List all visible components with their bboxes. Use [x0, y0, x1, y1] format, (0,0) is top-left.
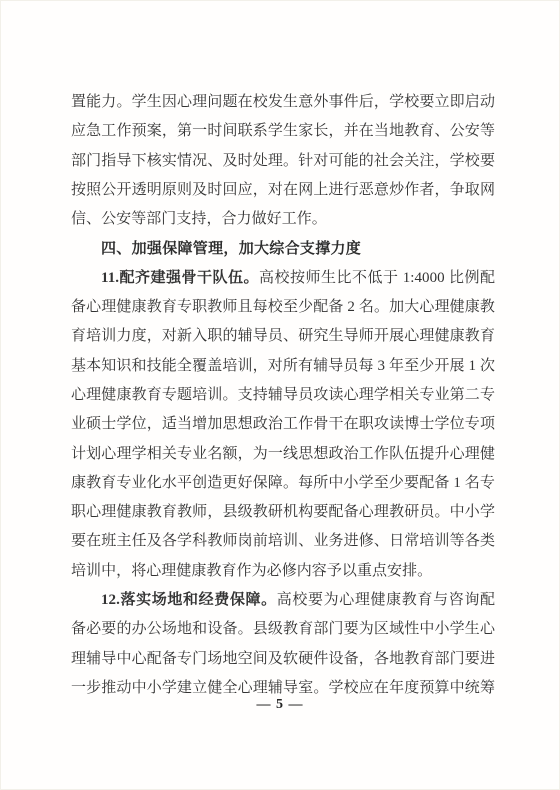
- text-line: 要在班主任及各学科教师岗前培训、业务进修、日常培训等各类: [71, 527, 495, 556]
- text-line: 育培训力度，对新入职的辅导员、研究生导师开展心理健康教育: [71, 322, 495, 351]
- text-line: 业硕士学位，适当增加思想政治工作骨干在职攻读博士学位专项: [71, 410, 495, 439]
- text-line: 部门指导下核实情况、及时处理。针对可能的社会关注，学校要: [71, 147, 495, 176]
- text-line: 备必要的办公场地和设备。县级教育部门要为区域性中小学生心: [71, 615, 495, 644]
- item-number-lead: 11.配齐建强骨干队伍。: [101, 270, 259, 286]
- document-page: 置能力。学生因心理问题在校发生意外事件后，学校要立即启动 应急工作预案，第一时间…: [0, 0, 560, 790]
- text-line: 11.配齐建强骨干队伍。高校按师生比不低于 1:4000 比例配: [71, 264, 495, 293]
- section-heading: 四、加强保障管理，加大综合支撑力度: [71, 234, 495, 263]
- line-text: 高校要为心理健康教育与咨询配: [277, 592, 495, 608]
- text-line: 理辅导中心配备专门场地空间及软硬件设备，各地教育部门要进: [71, 645, 495, 674]
- text-line: 基本知识和技能全覆盖培训，对所有辅导员每 3 年至少开展 1 次: [71, 352, 495, 381]
- text-line: 计划心理学相关专业名额，为一线思想政治工作队伍提升心理健: [71, 440, 495, 469]
- page-number: — 5 —: [1, 697, 559, 713]
- line-text: 高校按师生比不低于 1:4000 比例配: [259, 270, 495, 286]
- text-line: 康教育专业化水平创造更好保障。每所中小学至少要配备 1 名专: [71, 469, 495, 498]
- text-line: 培训中，将心理健康教育作为必修内容予以重点安排。: [71, 557, 495, 586]
- text-line: 应急工作预案，第一时间联系学生家长，并在当地教育、公安等: [71, 117, 495, 146]
- text-line: 备心理健康教育专职教师且每校至少配备 2 名。加大心理健康教: [71, 293, 495, 322]
- text-line: 置能力。学生因心理问题在校发生意外事件后，学校要立即启动: [71, 88, 495, 117]
- document-text: 置能力。学生因心理问题在校发生意外事件后，学校要立即启动 应急工作预案，第一时间…: [71, 88, 495, 703]
- text-line: 12.落实场地和经费保障。高校要为心理健康教育与咨询配: [71, 586, 495, 615]
- item-number-lead: 12.落实场地和经费保障。: [101, 592, 277, 608]
- text-line: 心理健康教育专题培训。支持辅导员攻读心理学相关专业第二专: [71, 381, 495, 410]
- text-line: 按照公开透明原则及时回应，对在网上进行恶意炒作者，争取网: [71, 176, 495, 205]
- text-line: 职心理健康教育教师，县级教研机构要配备心理教研员。中小学: [71, 498, 495, 527]
- text-line: 信、公安等部门支持，合力做好工作。: [71, 205, 495, 234]
